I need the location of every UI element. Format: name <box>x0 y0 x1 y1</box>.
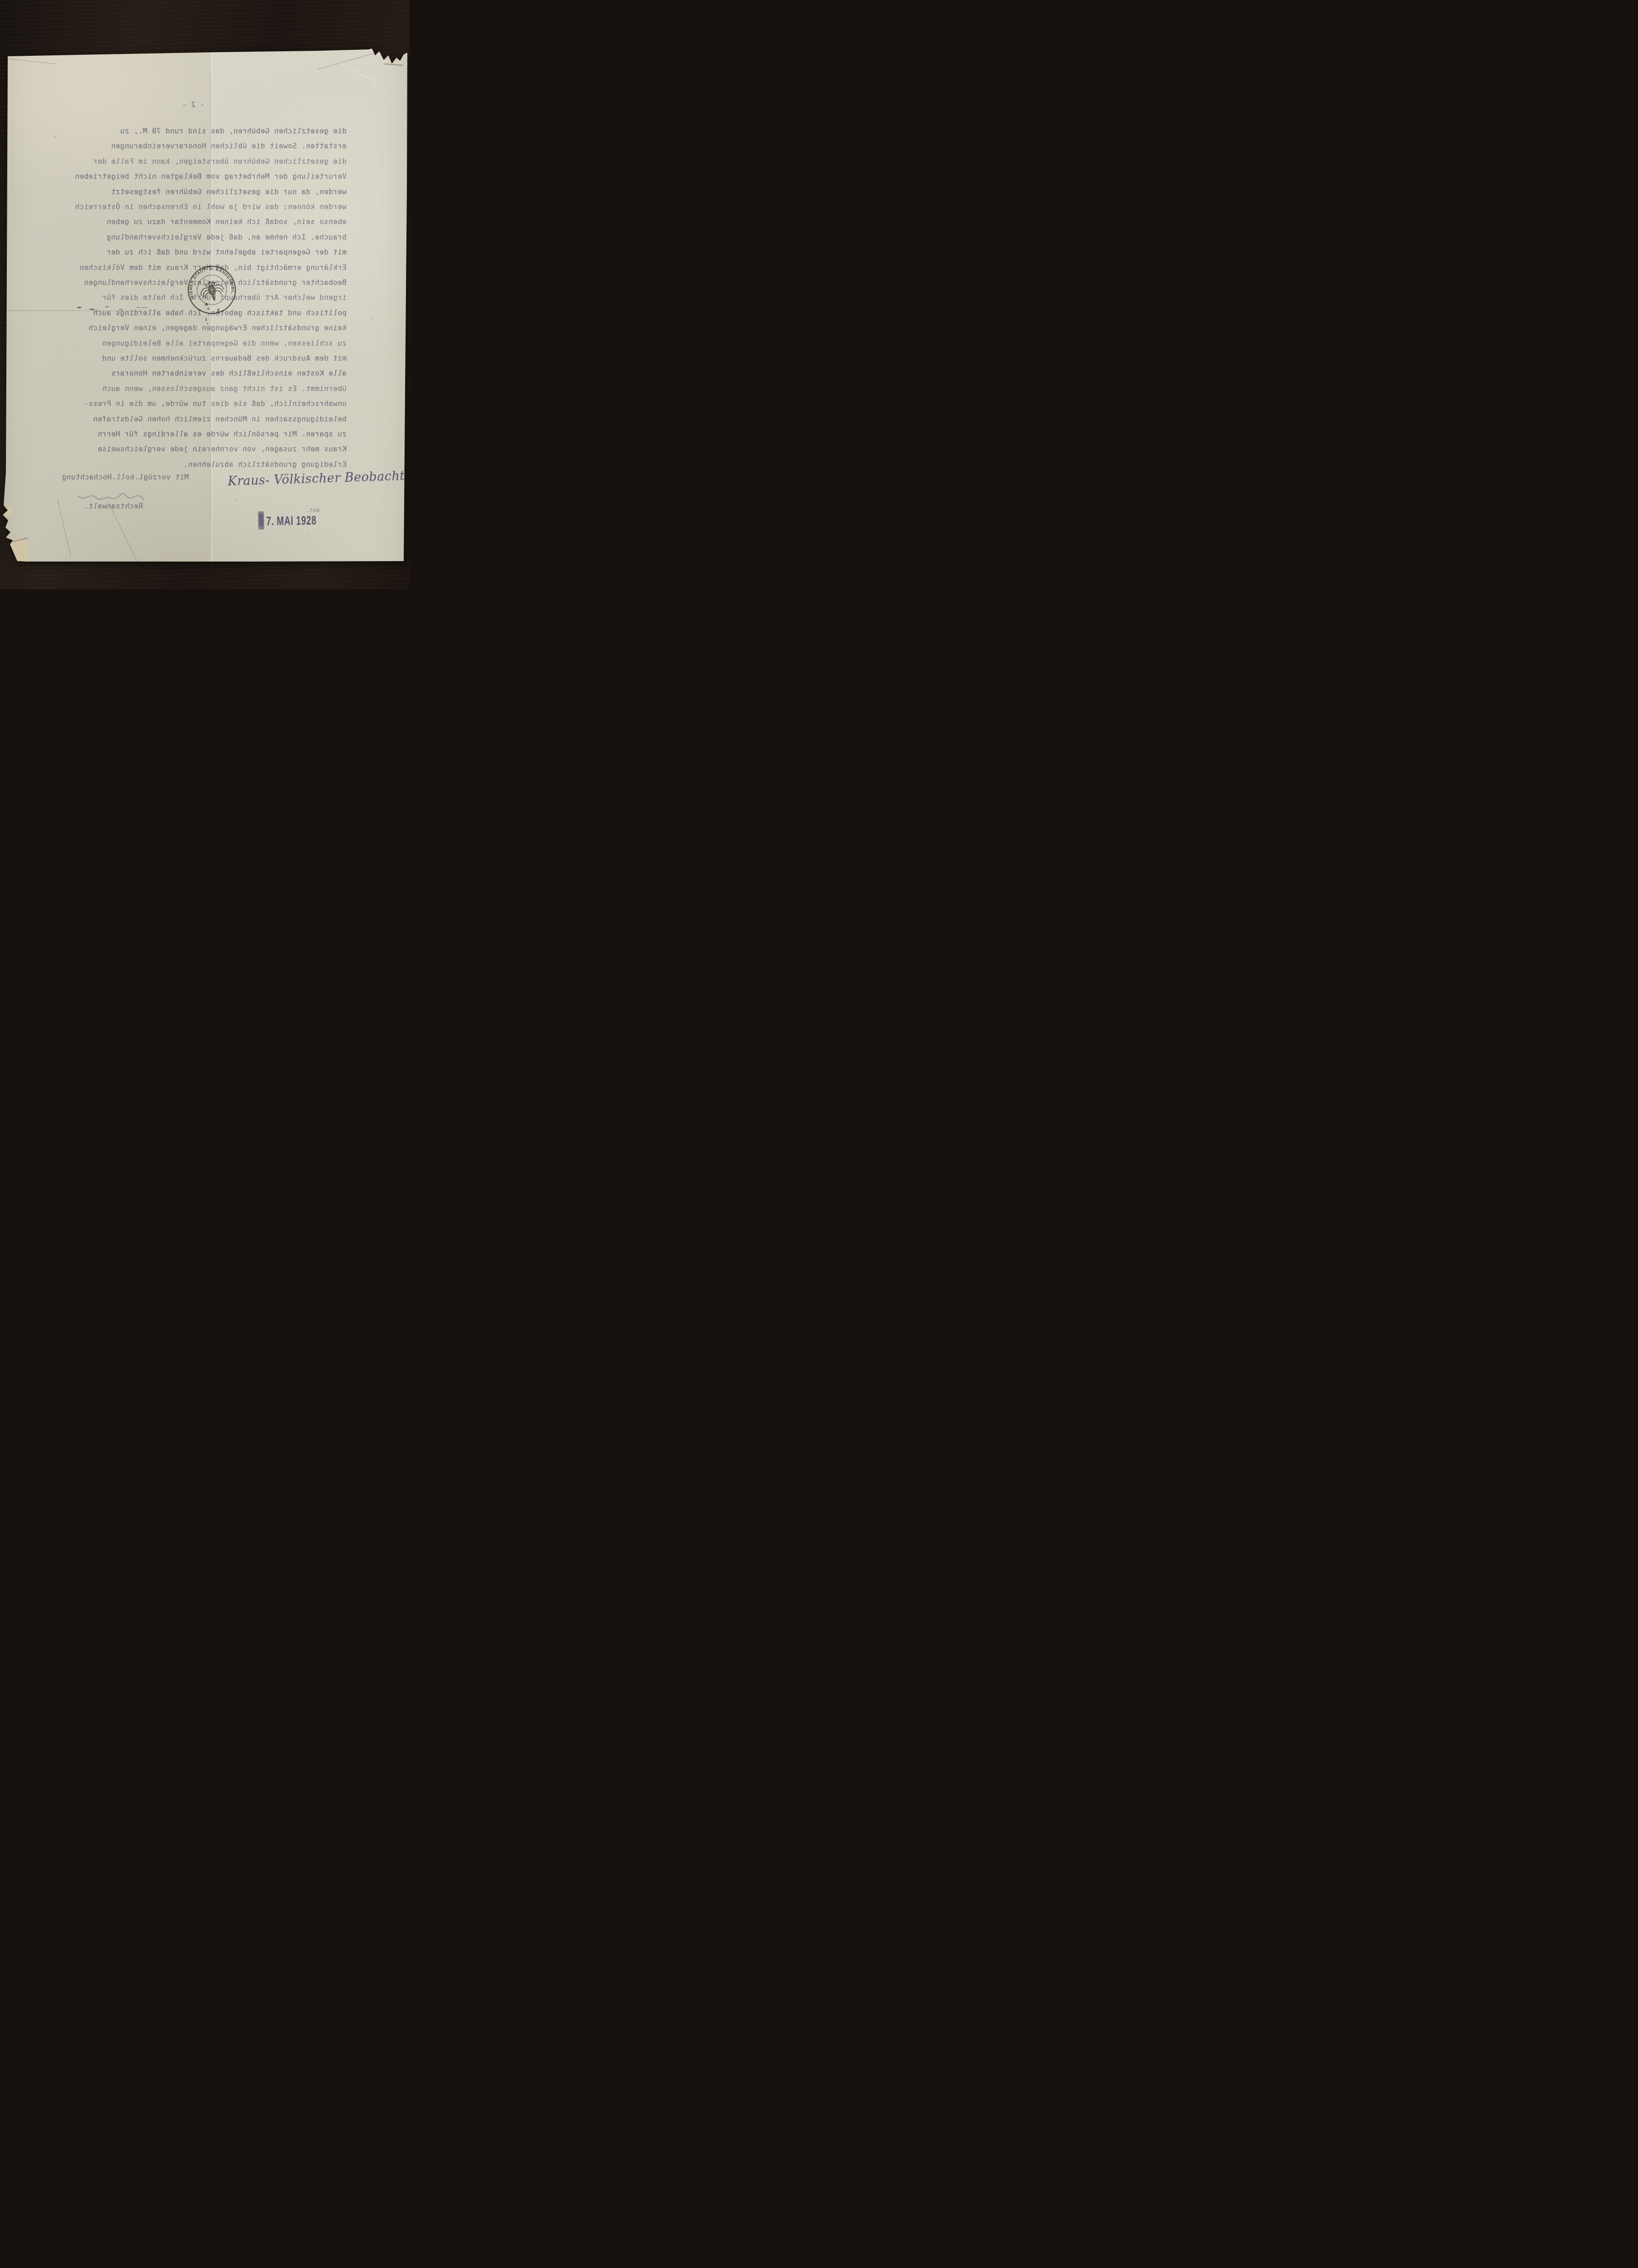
typed-line: zu sparen. Mir persönlich würde es aller… <box>98 430 347 438</box>
typed-line: beleidigungssachen in München ziemlich h… <box>93 415 347 423</box>
double-eagle-emblem-icon <box>198 278 226 303</box>
typed-line: werden können: das wird ja wohl in Ehren… <box>75 202 347 211</box>
typed-line: zu schliessen, wenn die Gegenpartei alle… <box>102 339 347 347</box>
closing-line: Mit vorzügl.koll.Hochachtung <box>62 473 189 481</box>
typed-line: werden, da nur die gesetzlichen Gebühren… <box>111 187 347 196</box>
library-stamp: WIENER STADT- U. LANDESBIBL. 4 <box>186 264 237 315</box>
date-stamp-bar <box>258 511 264 529</box>
svg-text:4: 4 <box>216 307 220 313</box>
typed-line: keine grundsätzlichen Erwägungen dagegen… <box>88 323 347 332</box>
typed-line: brauche. Ich nehme an, daß jede Vergleic… <box>107 233 347 241</box>
typed-line: übernimmt. Es ist nicht ganz ausgeschlos… <box>102 384 347 393</box>
typed-line: alle Kosten einschließlich des vereinbar… <box>111 369 347 377</box>
page-number: - 2 - <box>182 100 205 109</box>
date-stamp-text: 7. MAI 1928 <box>266 513 317 528</box>
document-sheet-wrap: - 2 - die gesetzlichen Gebühren, das sin… <box>0 0 410 589</box>
document-page: - 2 - die gesetzlichen Gebühren, das sin… <box>0 0 410 589</box>
typed-line: die gesetzlichen Gebühren, das sind rund… <box>120 127 347 135</box>
typed-line: erstatten. Soweit die üblichen Honorarve… <box>111 142 347 150</box>
typed-line: ebenso sein, sodaß ich keinen Kommentar … <box>107 217 347 226</box>
date-stamp: 7. MAI 1928 <box>258 510 338 529</box>
typed-line: Kraus mehr zusagen, von vornherein jede … <box>98 445 347 453</box>
typed-line: die gesetzlichen Gebühren übersteigen, k… <box>93 157 347 166</box>
typed-line: Verurteilung der Mehrbetrag vom Beklagte… <box>75 172 347 181</box>
typed-line: mit dem Ausdruck des Bedauerns zurückneh… <box>102 354 347 362</box>
stamp-number: 4 <box>216 307 220 313</box>
paper-speckles <box>0 0 1 1</box>
typed-line: unwahrscheinlich, daß sie dies tun würde… <box>84 399 347 408</box>
signature-role-line: Rechtsanwalt. <box>84 502 143 510</box>
typed-line: mit der Gegenpartei abgelehnt wird und d… <box>107 248 347 256</box>
typed-line: Erledigung grundsätzlich abzulehnen. <box>184 460 347 469</box>
